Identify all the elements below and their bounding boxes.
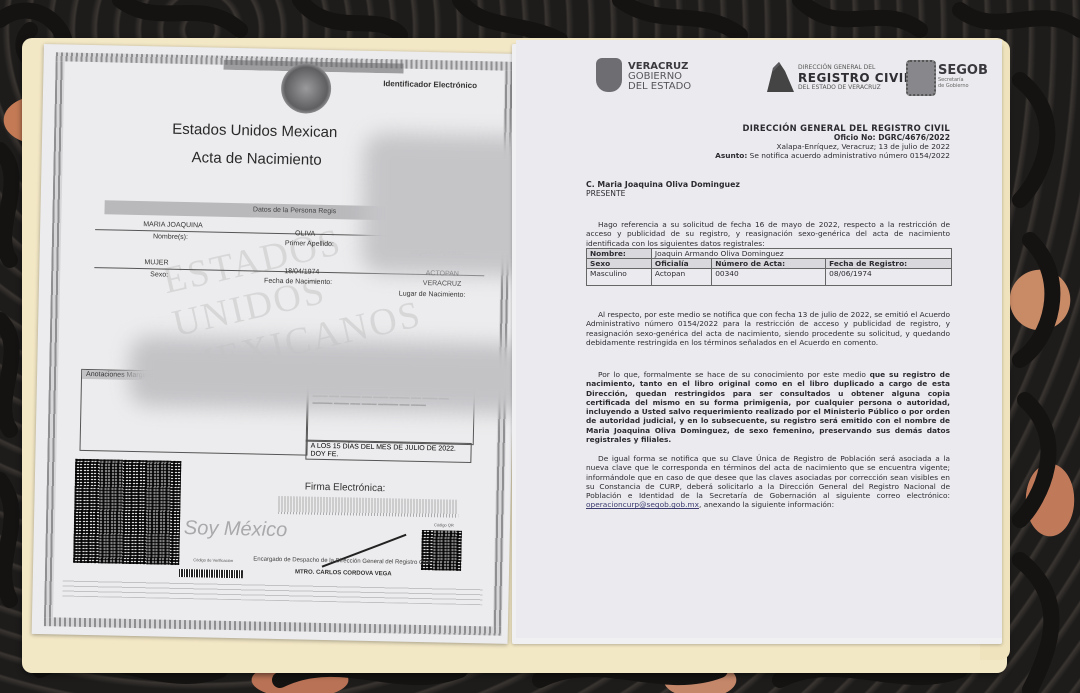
- electronic-signature-hash: [278, 496, 458, 518]
- certificate-country: Estados Unidos Mexican: [172, 121, 337, 141]
- table-cell-fecha-registro: 08/06/1974: [826, 269, 952, 286]
- certificate-title: Acta de Nacimiento: [191, 149, 321, 169]
- registro-civil-logo-text: DIRECCIÓN GENERAL DEL REGISTRO CIVIL DEL…: [798, 64, 912, 92]
- nombre-label: Nombre:: [587, 249, 652, 259]
- sex-label: Sexo:: [150, 271, 168, 278]
- birth-certificate: Identificador Electrónico Estados Unidos…: [32, 44, 520, 644]
- curp-email-link[interactable]: operacioncurp@segob.gob.mx: [586, 500, 699, 509]
- table-cell-sexo: Masculino: [587, 269, 652, 286]
- paragraph-restriction: Por lo que, formalmente se hace de su co…: [586, 370, 950, 444]
- nombre-value: Joaquin Armando Oliva Dominguez: [651, 249, 951, 259]
- first-surname-value: OLIVA: [295, 230, 315, 237]
- table-header: Sexo: [587, 259, 652, 269]
- official-letter: VERACRUZ GOBIERNO DEL ESTADO DIRECCIÓN G…: [516, 40, 1002, 638]
- electronic-signature-label: Firma Electrónica:: [305, 482, 386, 495]
- birth-place-label: Lugar de Nacimiento:: [399, 290, 466, 298]
- verification-barcode: [179, 569, 243, 578]
- large-qr-code: [73, 459, 181, 565]
- electronic-identifier-label: Identificador Electrónico: [383, 79, 477, 90]
- birth-date-value: 18/04/1974: [284, 268, 319, 276]
- verification-code-label: Código de Verificación: [193, 557, 233, 563]
- paragraph-agreement-notice: Al respecto, por este medio se notifica …: [586, 310, 950, 347]
- segob-logo-text: SEGOB Secretaría de Gobierno: [938, 64, 988, 89]
- table-header: Oficialía: [651, 259, 711, 269]
- first-surname-label: Primer Apellido:: [285, 240, 334, 248]
- table-cell-numero-acta: 00340: [712, 269, 826, 286]
- letterhead-logos: VERACRUZ GOBIERNO DEL ESTADO DIRECCIÓN G…: [592, 54, 922, 98]
- birth-date-label: Fecha de Nacimiento:: [264, 278, 332, 286]
- table-header: Número de Acta:: [712, 259, 826, 269]
- place-date: Xalapa-Enríquez, Veracruz; 13 de julio d…: [715, 142, 950, 151]
- department-name: DIRECCIÓN GENERAL DEL REGISTRO CIVIL: [715, 124, 950, 133]
- asunto-line: Asunto: Se notifica acuerdo administrati…: [715, 151, 950, 160]
- segob-shield-icon: [906, 60, 936, 96]
- oficio-number: Oficio No: DGRC/4676/2022: [715, 133, 950, 142]
- registro-civil-icon: [764, 62, 794, 92]
- recipient-block: C. Maria Joaquina Oliva Dominguez PRESEN…: [586, 180, 740, 198]
- recipient-presente: PRESENTE: [586, 189, 625, 198]
- first-name-value: MARIA JOAQUINA: [143, 221, 203, 229]
- letter-header: DIRECCIÓN GENERAL DEL REGISTRO CIVIL Ofi…: [715, 124, 950, 160]
- redacted-area-parents: [128, 336, 529, 414]
- qr-code-label: Código QR: [434, 522, 454, 527]
- table-cell-oficialia: Actopan: [651, 269, 711, 286]
- paragraph-request-reference: Hago referencia a su solicitud de fecha …: [586, 220, 950, 248]
- recipient-name: C. Maria Joaquina Oliva Dominguez: [586, 180, 740, 189]
- veracruz-shield-icon: [596, 58, 622, 92]
- table-row: Masculino Actopan 00340 08/06/1974: [587, 269, 952, 286]
- table-header: Fecha de Registro:: [826, 259, 952, 269]
- veracruz-logo-text: VERACRUZ GOBIERNO DEL ESTADO: [628, 62, 691, 92]
- registry-data-table: Nombre: Joaquin Armando Oliva Dominguez …: [586, 248, 952, 286]
- paragraph-curp: De igual forma se notifica que su Clave …: [586, 454, 950, 510]
- sex-value: MUJER: [144, 259, 168, 267]
- certification-date: A LOS 15 DÍAS DEL MES DE JULIO DE 2022. …: [305, 440, 471, 463]
- soy-mexico-watermark: Soy México: [184, 517, 288, 542]
- first-name-label: Nombre(s):: [153, 233, 188, 241]
